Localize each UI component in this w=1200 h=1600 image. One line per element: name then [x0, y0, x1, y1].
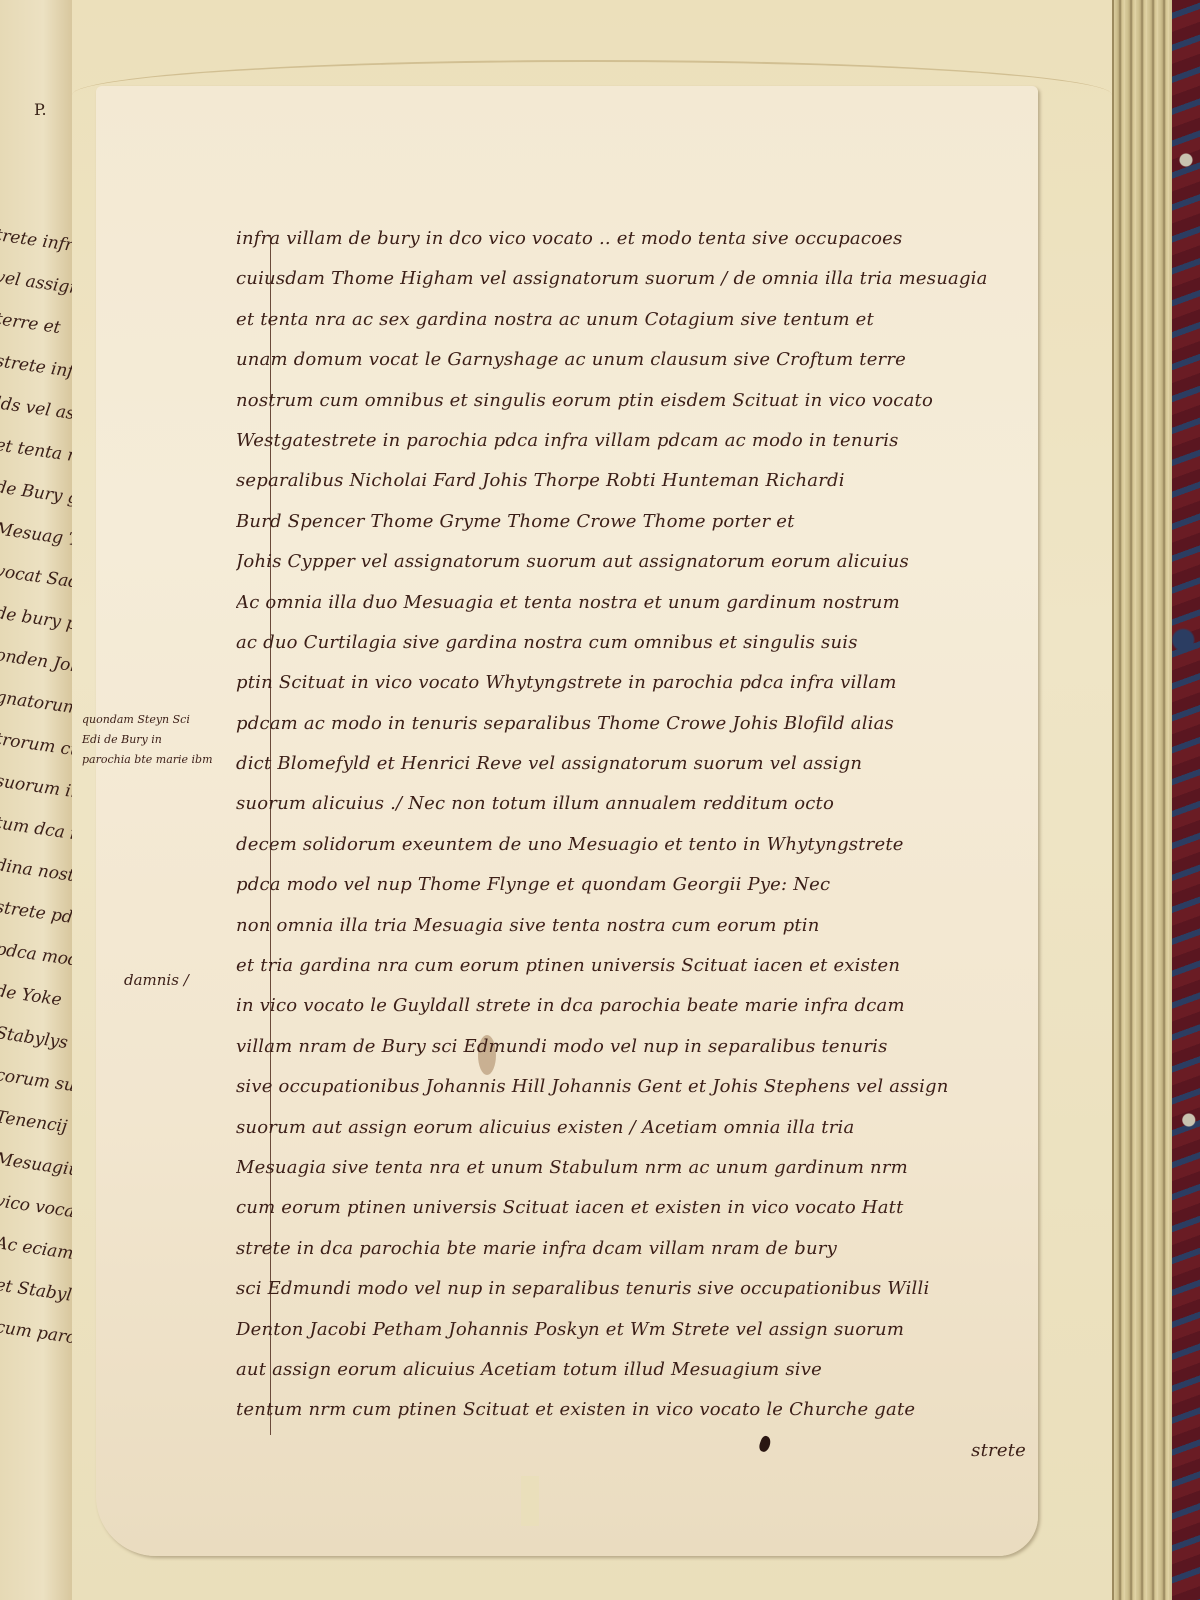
- text-line: Mesuagia sive tenta nra et unum Stabulum…: [236, 1157, 1026, 1197]
- text-line: suorum alicuius ./ Nec non totum illum a…: [236, 793, 1026, 833]
- text-line: unam domum vocat le Garnyshage ac unum c…: [236, 349, 1026, 389]
- margin-note-line: parochia bte marie ibm: [82, 750, 237, 770]
- text-line: tentum nrm cum ptinen Scituat et existen…: [236, 1399, 1026, 1439]
- text-line: et tria gardina nra cum eorum ptinen uni…: [236, 955, 1026, 995]
- text-line: Denton Jacobi Petham Johannis Poskyn et …: [236, 1319, 1026, 1359]
- text-line: decem solidorum exeuntem de uno Mesuagio…: [236, 834, 1026, 874]
- text-line: sive occupationibus Johannis Hill Johann…: [236, 1076, 1026, 1116]
- text-line: aut assign eorum alicuius Acetiam totum …: [236, 1359, 1026, 1399]
- text-line: pdcam ac modo in tenuris separalibus Tho…: [236, 713, 1026, 753]
- left-facing-page: P. trete infra vel assign terre et stret…: [0, 0, 74, 1600]
- margin-note-line: damnis /: [124, 970, 189, 990]
- left-page-marker: P.: [34, 100, 47, 119]
- text-line: in vico vocato le Guyldall strete in dca…: [236, 995, 1026, 1035]
- manuscript-text-block: infra villam de bury in dco vico vocato …: [236, 228, 1026, 1480]
- text-line: Burd Spencer Thome Gryme Thome Crowe Tho…: [236, 511, 1026, 551]
- text-line: villam nram de Bury sci Edmundi modo vel…: [236, 1036, 1026, 1076]
- text-line: ptin Scituat in vico vocato Whytyngstret…: [236, 672, 1026, 712]
- torn-notch: [521, 1476, 539, 1526]
- text-line: et tenta nra ac sex gardina nostra ac un…: [236, 309, 1026, 349]
- text-line: Westgatestrete in parochia pdca infra vi…: [236, 430, 1026, 470]
- text-line: Johis Cypper vel assignatorum suorum aut…: [236, 551, 1026, 591]
- left-page-text: trete infra vel assign terre et strete i…: [0, 225, 74, 1359]
- text-line: infra villam de bury in dco vico vocato …: [236, 228, 1026, 268]
- text-line: ac duo Curtilagia sive gardina nostra cu…: [236, 632, 1026, 672]
- margin-note: damnis /: [124, 970, 189, 990]
- margin-note: quondam Steyn Sci Edi de Bury in parochi…: [82, 710, 237, 770]
- text-line: pdca modo vel nup Thome Flynge et quonda…: [236, 874, 1026, 914]
- text-line: sci Edmundi modo vel nup in separalibus …: [236, 1278, 1026, 1318]
- text-line: dict Blomefyld et Henrici Reve vel assig…: [236, 753, 1026, 793]
- text-line: Ac omnia illa duo Mesuagia et tenta nost…: [236, 592, 1026, 632]
- left-page-line: cum parochia: [0, 1317, 74, 1378]
- fore-edge-pages: [1112, 0, 1176, 1600]
- text-line: cum eorum ptinen universis Scituat iacen…: [236, 1197, 1026, 1237]
- marbled-binding: [1172, 0, 1200, 1600]
- text-line: suorum aut assign eorum alicuius existen…: [236, 1117, 1026, 1157]
- margin-note-line: Edi de Bury in: [82, 730, 237, 750]
- text-line: non omnia illa tria Mesuagia sive tenta …: [236, 915, 1026, 955]
- margin-note-line: quondam Steyn Sci: [82, 710, 237, 730]
- text-line: strete in dca parochia bte marie infra d…: [236, 1238, 1026, 1278]
- text-line: cuiusdam Thome Higham vel assignatorum s…: [236, 268, 1026, 308]
- text-line: nostrum cum omnibus et singulis eorum pt…: [236, 390, 1026, 430]
- text-line: separalibus Nicholai Fard Johis Thorpe R…: [236, 470, 1026, 510]
- text-line: strete: [236, 1440, 1026, 1480]
